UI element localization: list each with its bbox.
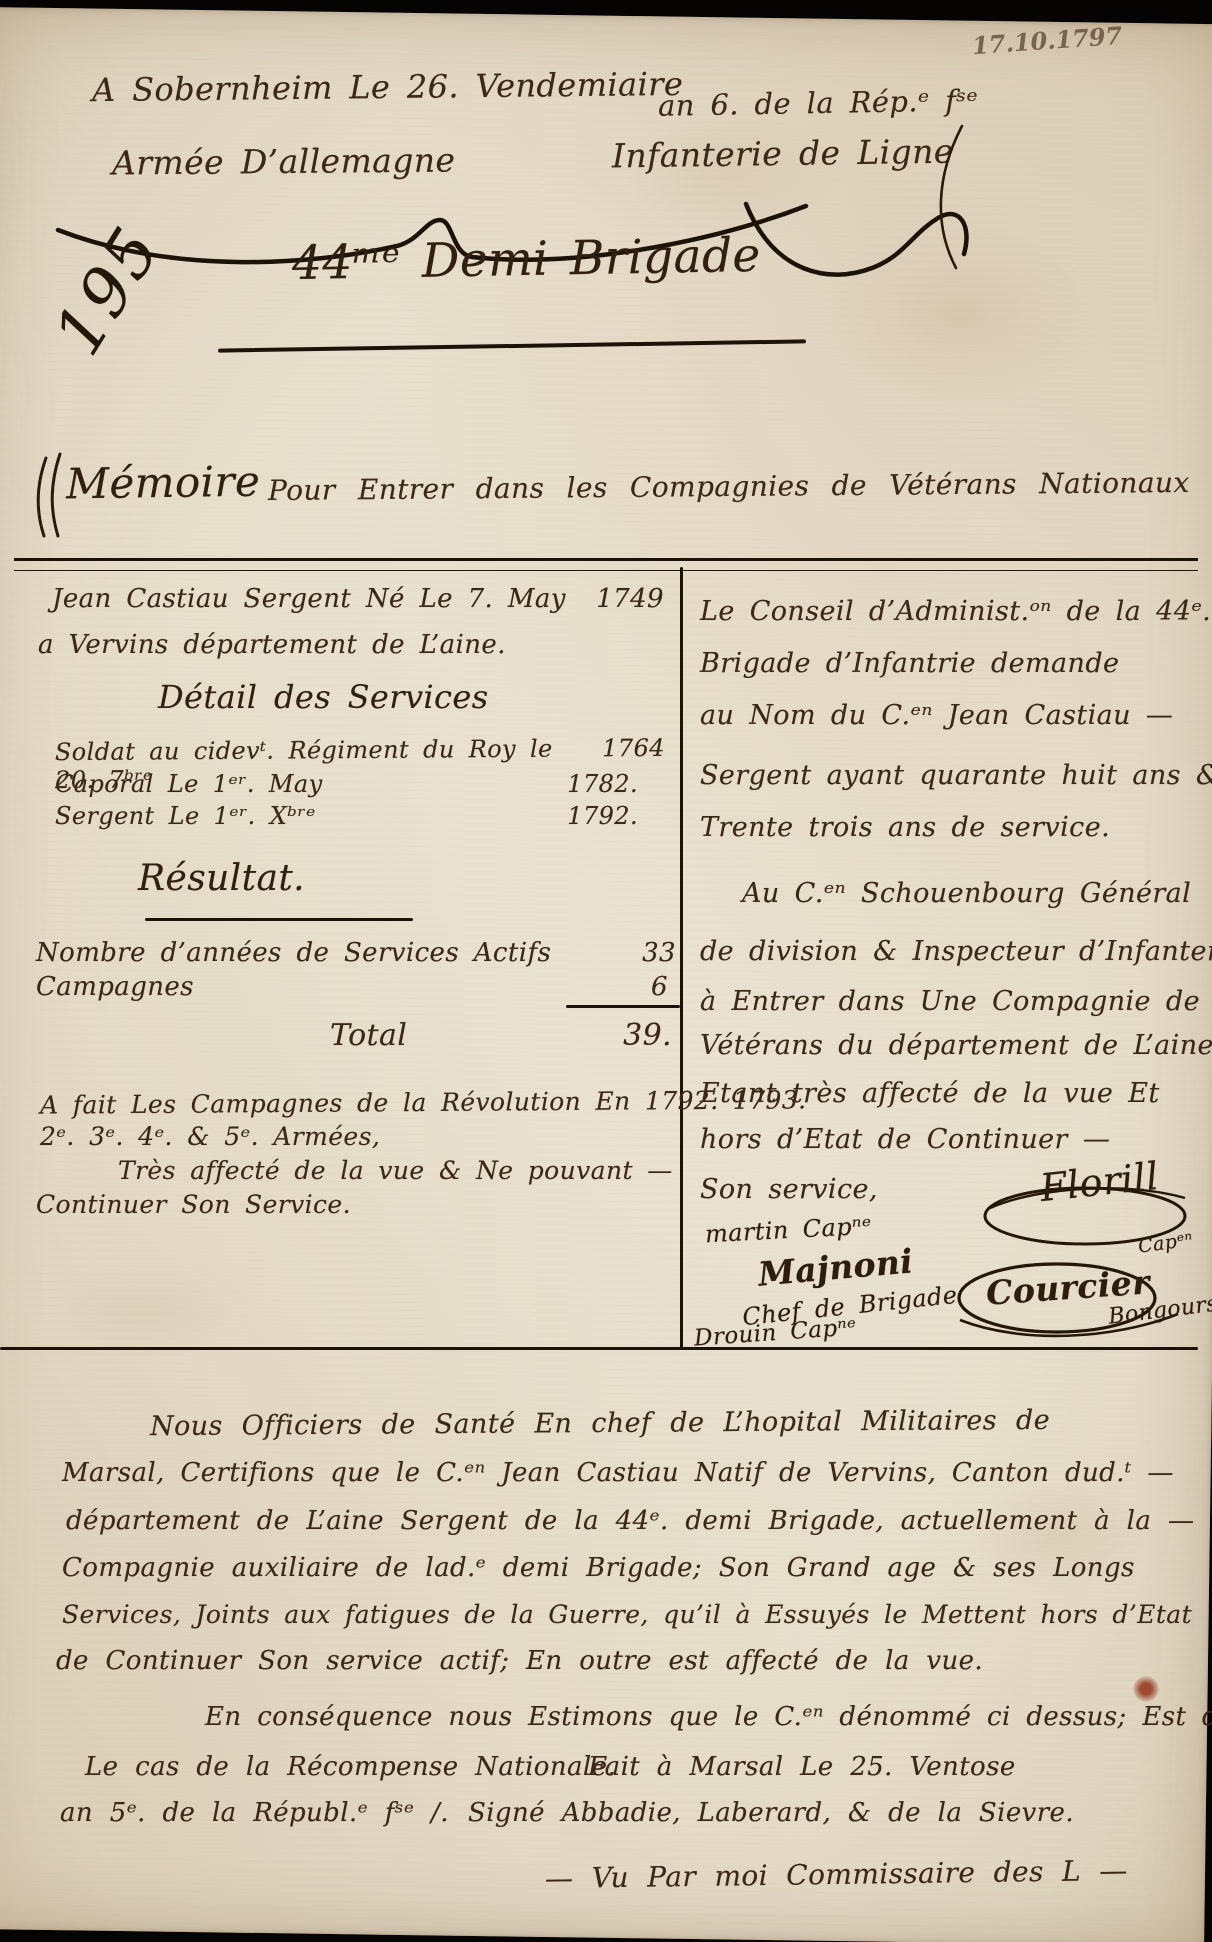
result-label: Nombre d’années de Services Actifs bbox=[36, 938, 551, 968]
address-line: Etant très affecté de la vue Et bbox=[700, 1078, 1160, 1109]
birth-year: 1749 bbox=[596, 584, 664, 614]
memoire-initial-flourish-icon bbox=[26, 452, 70, 538]
identity-line1: Jean Castiau Sergent Né Le 7. May bbox=[52, 584, 566, 614]
service-year: 1764 bbox=[602, 734, 665, 762]
services-heading: Détail des Services bbox=[158, 678, 489, 716]
certificate-line: Services, Joints aux fatigues de la Guer… bbox=[62, 1600, 1192, 1629]
service-entry: Caporal Le 1ᵉʳ. May 1782. bbox=[55, 770, 638, 798]
result-label: Campagnes bbox=[36, 972, 194, 1002]
conclusion-line: Fait à Marsal Le 25. Ventose bbox=[588, 1752, 1016, 1782]
campaigns-line: Continuer Son Service. bbox=[36, 1190, 351, 1219]
identity-row: Jean Castiau Sergent Né Le 7. May 1749 bbox=[52, 584, 664, 614]
address-line: Au C.ᵉⁿ Schouenbourg Général bbox=[742, 878, 1191, 909]
campaigns-line: A fait Les Campagnes de la Révolution En… bbox=[40, 1085, 807, 1119]
header-branch: Infanterie de Ligne bbox=[612, 132, 954, 176]
certificate-line: Marsal, Certifions que le C.ᵉⁿ Jean Cast… bbox=[62, 1458, 1174, 1488]
address-line: Son service, bbox=[700, 1174, 878, 1205]
column-divider bbox=[680, 567, 683, 1349]
scan-frame: 17.10.1797 A Sobernheim Le 26. Vendemiai… bbox=[0, 0, 1212, 1942]
signature-majnoni: Majnoni bbox=[757, 1241, 915, 1293]
certificate-line: de Continuer Son service actif; En outre… bbox=[56, 1646, 983, 1676]
request-line: au Nom du C.ᵉⁿ Jean Castiau — bbox=[700, 700, 1173, 731]
request-line: Le Conseil d’Administ.ᵒⁿ de la 44ᵉ. ½ bbox=[700, 596, 1212, 627]
campaigns-line: 2ᵉ. 3ᵉ. 4ᵉ. & 5ᵉ. Armées, bbox=[40, 1122, 380, 1151]
address-line: Vétérans du département de L’aine bbox=[700, 1030, 1212, 1061]
memo-subtitle: Pour Entrer dans les Compagnies de Vétér… bbox=[268, 466, 1190, 507]
result-value: 6 bbox=[651, 972, 668, 1002]
campaigns-line: Très affecté de la vue & Ne pouvant — bbox=[118, 1156, 673, 1185]
result-row: Campagnes 6 bbox=[36, 972, 668, 1002]
total-sum-line bbox=[566, 1005, 680, 1008]
resultat-underline bbox=[145, 918, 413, 921]
header-place-date: A Sobernheim Le 26. Vendemiaire bbox=[92, 65, 684, 109]
request-line: Sergent ayant quarante huit ans & bbox=[700, 760, 1212, 791]
certificate-line: département de L’aine Sergent de la 44ᵉ.… bbox=[66, 1506, 1194, 1536]
closing-line: — Vu Par moi Commissaire des L — bbox=[545, 1854, 1128, 1895]
service-year: 1782. bbox=[567, 770, 638, 798]
flourish-right-edge-icon bbox=[928, 122, 970, 272]
address-line: hors d’Etat de Continuer — bbox=[700, 1124, 1110, 1155]
ink-spot bbox=[1133, 1676, 1159, 1702]
conclusion-line: Le cas de la Récompense Nationale. bbox=[85, 1752, 616, 1782]
service-year: 1792. bbox=[567, 802, 638, 830]
certificate-line: Nous Officiers de Santé En chef de L’hop… bbox=[150, 1405, 1050, 1442]
identity-line2: a Vervins département de L’aine. bbox=[38, 630, 506, 660]
service-label: Caporal Le 1ᵉʳ. May bbox=[55, 770, 323, 798]
address-line: de division & Inspecteur d’Infanterie bbox=[700, 936, 1212, 967]
result-row: Nombre d’années de Services Actifs 33 bbox=[36, 938, 676, 968]
pencil-archive-date: 17.10.1797 bbox=[971, 21, 1123, 60]
memo-title: Mémoire bbox=[66, 457, 261, 509]
result-value: 33 bbox=[642, 938, 676, 968]
service-label: Sergent Le 1ᵉʳ. Xᵇʳᵉ bbox=[55, 802, 316, 830]
resultat-heading: Résultat. bbox=[138, 858, 305, 899]
request-line: Brigade d’Infantrie demande bbox=[700, 648, 1119, 679]
certificate-line: Compagnie auxiliaire de lad.ᵉ demi Briga… bbox=[62, 1553, 1135, 1583]
total-label: Total bbox=[330, 1018, 407, 1053]
title-underline-flourish bbox=[218, 339, 806, 352]
total-row: Total 39. bbox=[330, 1018, 672, 1053]
conclusion-line: Signé Abbadie, Laberard, & de la Sievre. bbox=[468, 1798, 1074, 1828]
conclusion-line: an 5ᵉ. de la Républ.ᵉ fˢᵉ /. bbox=[60, 1798, 449, 1828]
document-content: 17.10.1797 A Sobernheim Le 26. Vendemiai… bbox=[0, 0, 1212, 1942]
request-line: Trente trois ans de service. bbox=[700, 812, 1110, 843]
total-value: 39. bbox=[623, 1018, 672, 1053]
unit-title: 44ᵐᵉ Demi Brigade bbox=[292, 228, 762, 291]
signature-martin: martin Capⁿᵉ bbox=[704, 1212, 872, 1249]
section-double-rule bbox=[14, 558, 1198, 571]
header-republic-year: an 6. de la Rép.ᵉ fˢᵉ bbox=[658, 83, 979, 123]
address-line: à Entrer dans Une Compagnie de bbox=[700, 986, 1200, 1017]
paper-stain bbox=[50, 1260, 250, 1360]
conclusion-line: En conséquence nous Estimons que le C.ᵉⁿ… bbox=[205, 1702, 1212, 1732]
header-army: Armée D’allemagne bbox=[112, 141, 456, 183]
service-entry: Sergent Le 1ᵉʳ. Xᵇʳᵉ 1792. bbox=[55, 802, 638, 830]
